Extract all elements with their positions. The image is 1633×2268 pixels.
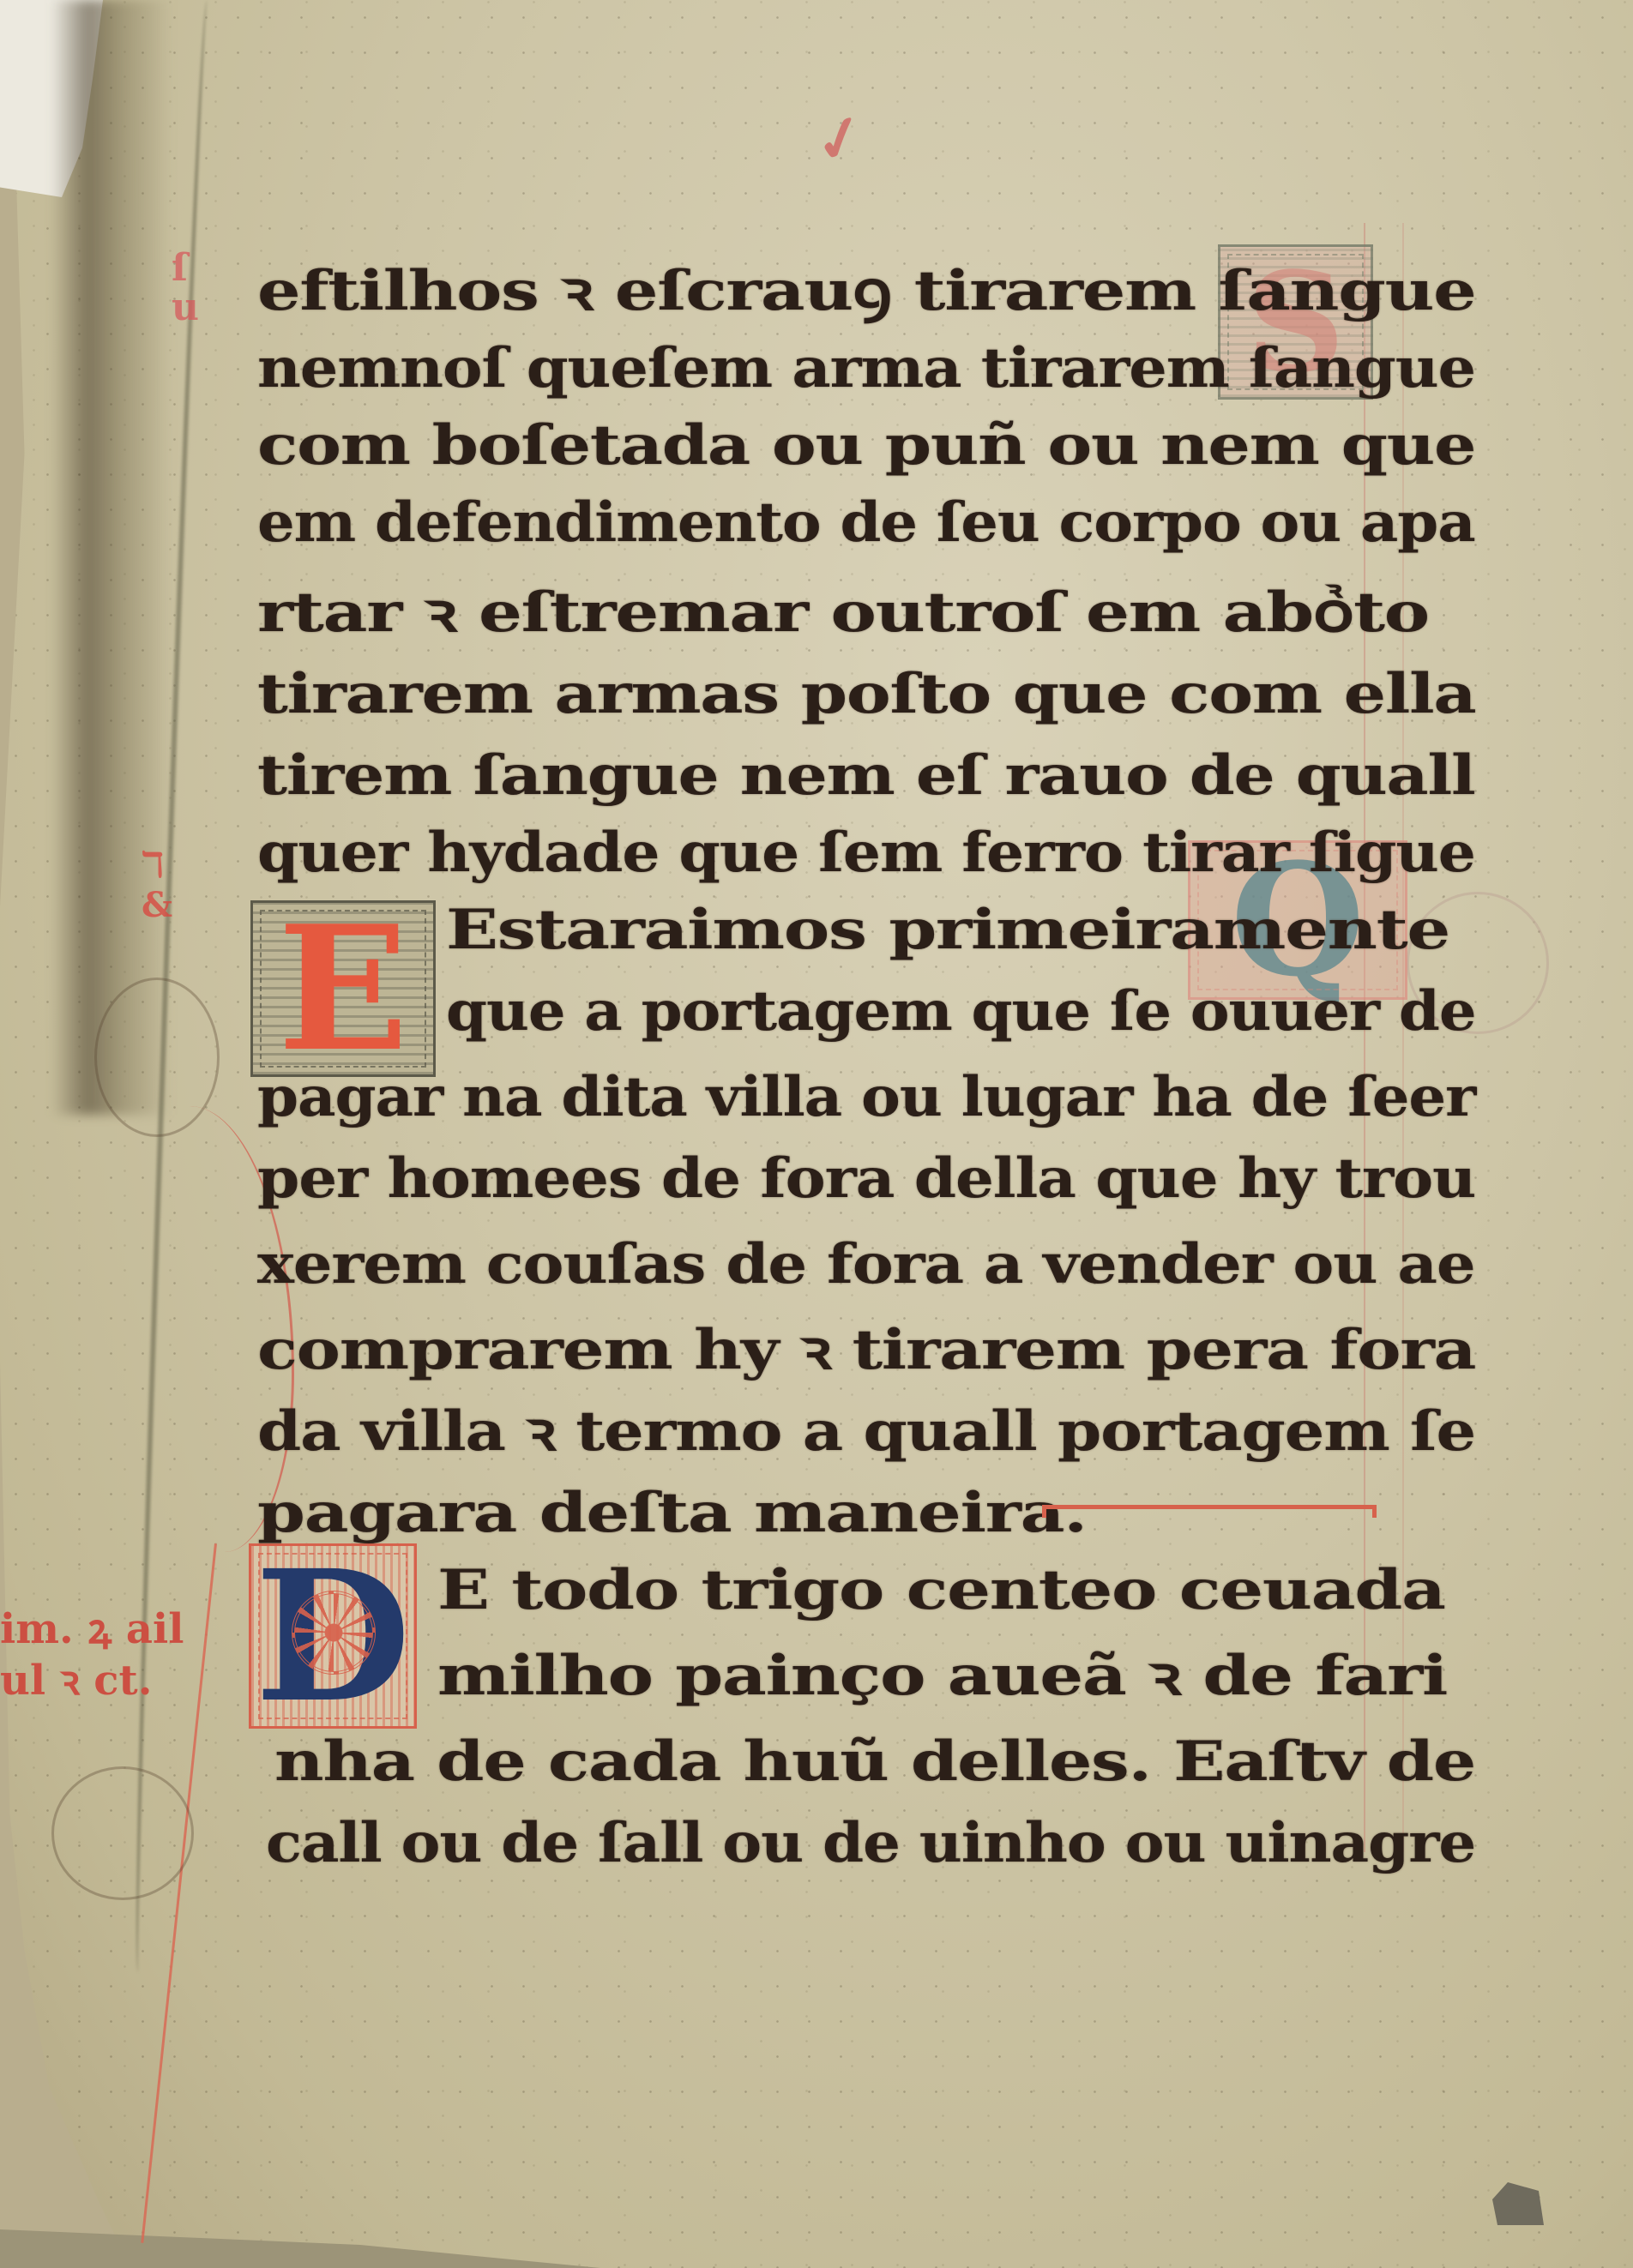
text-line: rtar ꝛ eſtremar outroſ em aboᷣto bbox=[257, 579, 1429, 647]
text-line: nha de cada huũ delles. Eaſtv de bbox=[274, 1728, 1475, 1796]
marginal-note-mid: ℸ & bbox=[142, 845, 172, 925]
text-line: per homees de fora della que hy trou bbox=[257, 1145, 1475, 1213]
text-line: comprarem hy ꝛ tirarem pera fora bbox=[257, 1316, 1475, 1385]
rosette-ornament bbox=[292, 1591, 376, 1675]
marginal-note-top: ſ u bbox=[172, 249, 199, 328]
rubric-line-filler bbox=[1042, 1505, 1377, 1518]
text-line: call ou de ſall ou de uinho ou uinagre bbox=[266, 1809, 1475, 1878]
decorated-initial-e: E bbox=[250, 900, 436, 1077]
edge-stain bbox=[51, 0, 172, 1115]
marginal-flourish bbox=[94, 978, 220, 1137]
text-line: tirem ſangue nem eſ rauo de quall bbox=[257, 742, 1475, 810]
text-line: pagar na dita villa ou lugar ha de ſeer bbox=[257, 1063, 1475, 1132]
text-line: com boſetada ou puñ ou nem que bbox=[257, 412, 1475, 480]
text-line: que a portagem que ſe ouuer de bbox=[446, 978, 1475, 1046]
text-line: pagara deſta maneira. bbox=[257, 1479, 1087, 1548]
text-line: da villa ꝛ termo a quall portagem ſe bbox=[257, 1398, 1475, 1466]
text-line: nemnoſ queſem arma tirarem ſangue bbox=[257, 334, 1475, 403]
text-line: em defendimento de ſeu corpo ou apa bbox=[257, 489, 1475, 557]
text-line: eftilhos ꝛ eſcrauꝯ tirarem ſangue bbox=[257, 257, 1476, 326]
initial-letter: E bbox=[278, 888, 408, 1090]
text-line: quer hydade que ſem ferro tirar ſigue bbox=[257, 819, 1475, 887]
text-line: xerem couſas de fora a vender ou ae bbox=[257, 1230, 1475, 1299]
marginal-flourish bbox=[51, 1766, 194, 1900]
marginal-rubric-note: im. ꝝ ail ul ꝛ ct. bbox=[0, 1603, 184, 1706]
text-line: tirarem armas poſto que com ella bbox=[257, 660, 1476, 729]
text-line: Estaraimos primeiramente bbox=[446, 896, 1449, 965]
text-line: milho painço aueã ꝛ de fari bbox=[437, 1642, 1447, 1711]
text-line: E todo trigo centeo ceuada bbox=[437, 1556, 1445, 1625]
